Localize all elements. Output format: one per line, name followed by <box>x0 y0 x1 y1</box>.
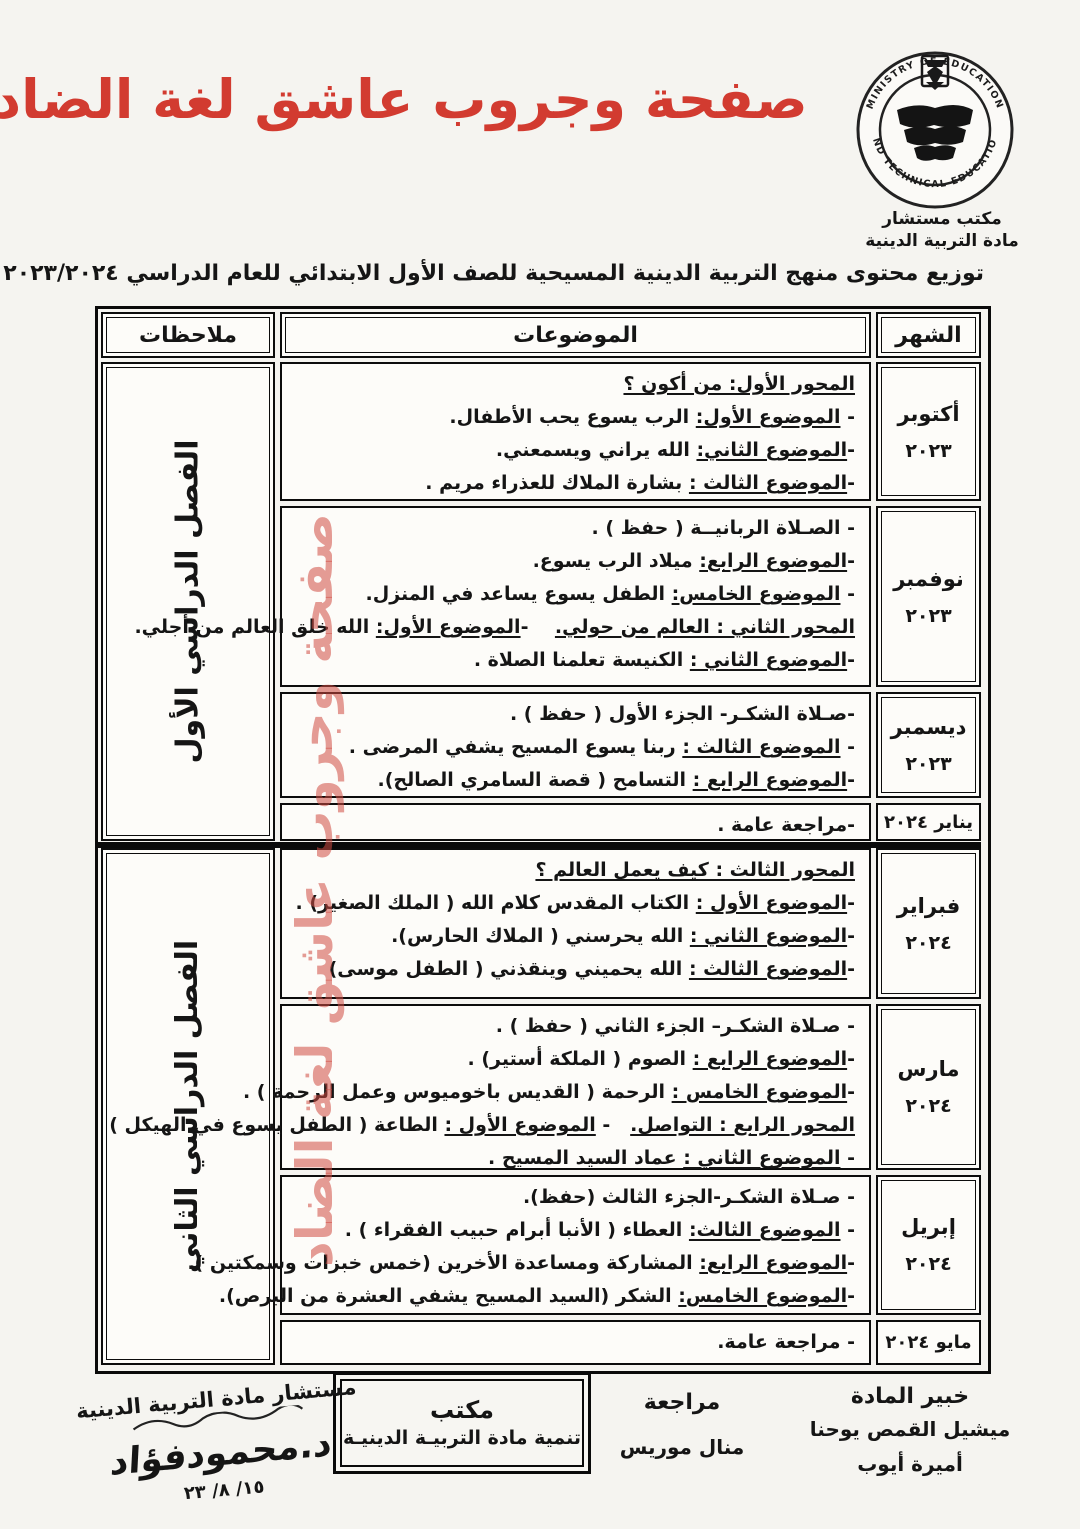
month-december-frame <box>881 697 976 793</box>
month-year: ٢٠٢٤ <box>905 1253 951 1275</box>
topic-text: الله يحرسني ( الملاك الحارس). <box>391 925 690 947</box>
topic-text: -صـلاة الشكـر- الجزء الأول ( حفظ ) . <box>510 703 855 725</box>
month-name: إبريل <box>901 1215 956 1239</box>
topic-label: الموضوع الثالث : <box>689 958 847 980</box>
ministry-seal-icon: MINISTRY OF EDUCATION AND TECHNICAL EDUC… <box>850 44 1020 210</box>
topic-line: - الموضوع الأول: الرب يسوع يحب الأطفال. <box>290 401 855 434</box>
review-name: منال موريس <box>592 1430 772 1465</box>
semester2-label: الفصل الدراسي الثاني <box>171 940 206 1273</box>
topic-text: - <box>847 1285 855 1307</box>
topic-label: المحور الأول: من أكون ؟ <box>623 373 855 395</box>
topic-label: المحور الثاني : العالم من حولي. <box>555 616 855 638</box>
topic-text: - <box>847 1081 855 1103</box>
topic-label: المحور الثالث : كيف يعمل العالم ؟ <box>535 859 855 881</box>
topic-text: - صـلاة الشكـر-الجزء الثالث (حفظ). <box>523 1186 855 1208</box>
topic-text: الطفل يسوع يساعد في المنزل. <box>366 583 672 605</box>
topic-text: المشاركة ومساعدة الأخرين (خمس خبزات وسمك… <box>187 1252 699 1274</box>
topic-label: الموضوع الرابع : <box>693 1048 847 1070</box>
topic-text: - <box>847 925 855 947</box>
month-november-frame <box>881 511 976 682</box>
topic-line: -الموضوع الثاني : الكنيسة تعلمنا الصلاة … <box>290 644 855 677</box>
topic-line: المحور الثاني : العالم من حولي. -الموضوع… <box>290 611 855 644</box>
topic-text: ميلاد الرب يسوع. <box>533 550 700 572</box>
month-year: ٢٠٢٣ <box>905 605 951 627</box>
topic-text: الكتاب المقدس كلام الله ( الملك الصغير) … <box>296 892 696 914</box>
topic-text: الطاعة ( الطفل يسوع في الهيكل ) <box>109 1114 444 1136</box>
office-box-line1: مكتب <box>430 1395 494 1425</box>
expert-name-2: أميرة أيوب <box>780 1447 1040 1482</box>
month-october-frame <box>881 367 976 496</box>
semester1-label: الفصل الدراسي الأول <box>171 440 206 764</box>
topic-line: -الموضوع الرابع : الصوم ( الملكة أستير) … <box>290 1043 855 1076</box>
header-month: الشهر <box>876 312 981 358</box>
topic-text: العطاء ( الأنبا أبرام حبيب الفقراء ) . <box>345 1219 689 1241</box>
topic-line: -مراجعة عامة . <box>290 809 855 842</box>
topic-line: -الموضوع الرابع : التسامح ( قصة السامري … <box>290 764 855 797</box>
topics-february: المحور الثالث : كيف يعمل العالم ؟-الموضو… <box>280 848 871 999</box>
topic-line: المحور الثالث : كيف يعمل العالم ؟ <box>290 854 855 887</box>
month-february-frame <box>881 853 976 994</box>
notes-semester1-cell: الفصل الدراسي الأول <box>101 362 275 841</box>
header-topics-label: الموضوعات <box>513 323 638 348</box>
topic-line: -الموضوع الرابع: المشاركة ومساعدة الأخري… <box>290 1247 855 1280</box>
topic-text: التسامح ( قصة السامري الصالح). <box>378 769 693 791</box>
header-month-label: الشهر <box>895 323 961 348</box>
topic-text: - <box>847 550 855 572</box>
semester-divider <box>98 842 981 848</box>
topic-label: الموضوع الثاني : <box>690 925 847 947</box>
month-february: فبراير ٢٠٢٤ <box>876 848 981 999</box>
topic-text: - <box>840 583 855 605</box>
topic-text: - <box>847 1252 855 1274</box>
topic-text: - <box>840 406 855 428</box>
topic-line: - الموضوع الخامس: الطفل يسوع يساعد في ال… <box>290 578 855 611</box>
curriculum-table: ملاحظات الموضوعات الشهر الفصل الدراسي ال… <box>95 306 991 1374</box>
month-name: مايو ٢٠٢٤ <box>885 1332 971 1353</box>
expert-title: خبير المادة <box>780 1382 1040 1412</box>
topic-label: الموضوع الثالث : <box>689 472 847 494</box>
topic-text: - <box>847 1048 855 1070</box>
topic-line: - مراجعة عامة. <box>290 1326 855 1359</box>
topic-text: الصوم ( الملكة أستير) . <box>468 1048 693 1070</box>
month-march: مارس ٢٠٢٤ <box>876 1004 981 1170</box>
month-name: نوفمبر <box>893 567 964 591</box>
stamp-office-line2: مادة التربية الدينية <box>852 230 1032 252</box>
scanned-curriculum-document: { "banner": { "text": "صفحة وجروب عاشق ل… <box>0 0 1080 1529</box>
stamp-office-line1: مكتب مستشار <box>852 208 1032 230</box>
topic-label: الموضوع الثاني: <box>696 439 847 461</box>
page-title: توزيع محتوى منهج التربية الدينية المسيحي… <box>92 261 984 286</box>
topic-text: الرب يسوع يحب الأطفال. <box>449 406 695 428</box>
topic-text: عماد السيد المسيح . <box>488 1147 683 1169</box>
month-name: مارس <box>898 1057 960 1081</box>
topic-line: المحور الرابع : التواصل. - الموضوع الأول… <box>290 1109 855 1142</box>
topic-text: - <box>521 616 555 638</box>
topic-line: -الموضوع الأول : الكتاب المقدس كلام الله… <box>290 887 855 920</box>
topic-text: - <box>840 1147 855 1169</box>
month-december: ديسمبر ٢٠٢٣ <box>876 692 981 798</box>
topic-text: - مراجعة عامة. <box>717 1331 855 1353</box>
month-name: فبراير <box>897 894 961 918</box>
topic-text: الله خلق العالم من أجلي. <box>134 616 375 638</box>
topic-label: الموضوع الخامس: <box>678 1285 847 1307</box>
topic-line: - الموضوع الثالث: العطاء ( الأنبا أبرام … <box>290 1214 855 1247</box>
topic-label: الموضوع الثاني : <box>683 1147 840 1169</box>
month-may: مايو ٢٠٢٤ <box>876 1320 981 1365</box>
header-topics: الموضوعات <box>280 312 871 358</box>
topics-october: المحور الأول: من أكون ؟- الموضوع الأول: … <box>280 362 871 501</box>
topic-text: بشارة الملاك للعذراء مريم . <box>425 472 689 494</box>
month-october: أكتوبر ٢٠٢٣ <box>876 362 981 501</box>
topic-text: الكنيسة تعلمنا الصلاة . <box>474 649 690 671</box>
month-year: ٢٠٢٤ <box>905 1095 951 1117</box>
topic-label: الموضوع الثاني : <box>690 649 847 671</box>
topic-label: الموضوع الرابع : <box>693 769 847 791</box>
topic-line: - الصـلاة الربانيــة ( حفظ ) . <box>290 512 855 545</box>
topic-text: - <box>596 1114 630 1136</box>
topics-may: - مراجعة عامة. <box>280 1320 871 1365</box>
page-group-banner: صفحة وجروب عاشق لغة الضاد <box>88 52 713 147</box>
topic-text: - <box>847 649 855 671</box>
topic-text: - <box>847 472 855 494</box>
topics-april: - صـلاة الشكـر-الجزء الثالث (حفظ).- المو… <box>280 1175 871 1315</box>
review-title: مراجعة <box>592 1388 772 1418</box>
topic-text: الشكر (السيد المسيح يشفي العشرة من البرص… <box>219 1285 678 1307</box>
topic-text: الله يراني ويسمعني. <box>496 439 697 461</box>
topic-label: الموضوع الثالث : <box>682 736 840 758</box>
topic-line: -الموضوع الثاني : الله يحرسني ( الملاك ا… <box>290 920 855 953</box>
topic-line: المحور الأول: من أكون ؟ <box>290 368 855 401</box>
topics-december: -صـلاة الشكـر- الجزء الأول ( حفظ ) .- ال… <box>280 692 871 798</box>
topic-line: - صـلاة الشكـر– الجزء الثاني ( حفظ ) . <box>290 1010 855 1043</box>
expert-name-1: ميشيل القمص يوحنا <box>780 1412 1040 1447</box>
topic-text: - <box>847 958 855 980</box>
topic-text: - الصـلاة الربانيــة ( حفظ ) . <box>591 517 855 539</box>
topic-label: الموضوع الخامس : <box>672 1081 847 1103</box>
review-signature-block: مراجعة منال موريس <box>592 1388 772 1465</box>
advisor-signature-block: مستشار مادة التربية الدينية د.محمودفؤاد … <box>36 1369 405 1517</box>
topic-line: -الموضوع الرابع: ميلاد الرب يسوع. <box>290 545 855 578</box>
topics-march: - صـلاة الشكـر– الجزء الثاني ( حفظ ) .-ا… <box>280 1004 871 1170</box>
month-january: يناير ٢٠٢٤ <box>876 803 981 841</box>
topic-label: الموضوع الأول: <box>376 616 521 638</box>
topic-label: الموضوع الرابع: <box>699 550 847 572</box>
topic-line: -الموضوع الثاني: الله يراني ويسمعني. <box>290 434 855 467</box>
header-notes-label: ملاحظات <box>139 323 237 348</box>
topic-label: الموضوع الأول: <box>696 406 841 428</box>
topic-text: -مراجعة عامة . <box>717 814 855 836</box>
topic-line: - الموضوع الثالث : ربنا يسوع المسيح يشفي… <box>290 731 855 764</box>
expert-signature-block: خبير المادة ميشيل القمص يوحنا أميرة أيوب <box>780 1382 1040 1482</box>
topic-text: - <box>847 892 855 914</box>
topic-label: الموضوع الثالث: <box>689 1219 841 1241</box>
topic-text: - <box>840 736 855 758</box>
topic-line: -الموضوع الثالث : بشارة الملاك للعذراء م… <box>290 467 855 500</box>
month-name: يناير ٢٠٢٤ <box>884 812 973 833</box>
topics-november: - الصـلاة الربانيــة ( حفظ ) .-الموضوع ا… <box>280 506 871 687</box>
topic-text: - <box>840 1219 855 1241</box>
topic-text: - <box>847 439 855 461</box>
topic-label: المحور الرابع : التواصل. <box>630 1114 855 1136</box>
month-year: ٢٠٢٤ <box>905 932 951 954</box>
topic-text: - صـلاة الشكـر– الجزء الثاني ( حفظ ) . <box>496 1015 855 1037</box>
topic-label: الموضوع الأول : <box>696 892 847 914</box>
month-year: ٢٠٢٣ <box>905 753 951 775</box>
topic-line: -الموضوع الخامس : الرحمة ( القديس باخومي… <box>290 1076 855 1109</box>
topic-line: - صـلاة الشكـر-الجزء الثالث (حفظ). <box>290 1181 855 1214</box>
topic-text: الله يحميني وينقذني ( الطفل موسى) <box>329 958 689 980</box>
month-november: نوفمبر ٢٠٢٣ <box>876 506 981 687</box>
topic-line: - الموضوع الثاني : عماد السيد المسيح . <box>290 1142 855 1175</box>
topic-label: الموضوع الخامس: <box>672 583 841 605</box>
topic-label: الموضوع الرابع: <box>699 1252 847 1274</box>
topic-line: -الموضوع الخامس: الشكر (السيد المسيح يشف… <box>290 1280 855 1313</box>
topic-text: الرحمة ( القديس باخوميوس وعمل الرحمة ) . <box>243 1081 672 1103</box>
topic-line: -صـلاة الشكـر- الجزء الأول ( حفظ ) . <box>290 698 855 731</box>
header-notes: ملاحظات <box>101 312 275 358</box>
stamp-office-caption: مكتب مستشار مادة التربية الدينية <box>852 208 1032 252</box>
topic-label: الموضوع الأول : <box>444 1114 595 1136</box>
month-year: ٢٠٢٣ <box>905 440 951 462</box>
month-april-frame <box>881 1180 976 1310</box>
topic-text: ربنا يسوع المسيح يشفي المرضى . <box>349 736 683 758</box>
month-name: ديسمبر <box>891 715 967 739</box>
month-name: أكتوبر <box>897 402 959 426</box>
ministry-stamp-logo: MINISTRY OF EDUCATION AND TECHNICAL EDUC… <box>850 44 1020 210</box>
month-april: إبريل ٢٠٢٤ <box>876 1175 981 1315</box>
topic-line: -الموضوع الثالث : الله يحميني وينقذني ( … <box>290 953 855 986</box>
month-march-frame <box>881 1009 976 1165</box>
topics-january: -مراجعة عامة . <box>280 803 871 841</box>
topic-text: - <box>847 769 855 791</box>
